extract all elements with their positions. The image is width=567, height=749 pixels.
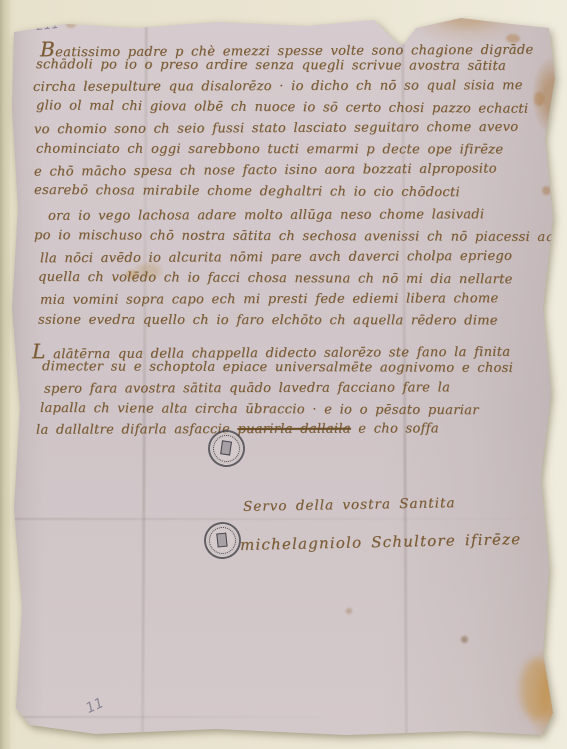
letter-line: dimecter su e schoptola epiace universal… [42, 359, 513, 376]
letter-line: glio ol mal chi giova olbē ch nuoce io s… [36, 98, 528, 116]
pencil-number-top: 211 [35, 17, 59, 33]
letter-line: spero fara avostra sātita quādo lavedra … [44, 380, 450, 396]
stain-blob-bottom-right [520, 658, 554, 720]
stain-spot [514, 14, 522, 22]
letter-line: chominciato ch oggi sarebbono tucti emar… [36, 142, 503, 158]
fold-crease-horizontal-lower [6, 716, 335, 718]
letter-line: po io mischuso chō nostra sātita ch sech… [34, 228, 555, 245]
stain-spot [534, 92, 544, 106]
letter-line: circha lesepulture qua disalorēzo · io d… [33, 78, 523, 95]
last-line-pre: la dallaltre difarla asfaccie [36, 422, 237, 438]
fold-crease-horizontal [6, 518, 555, 520]
letter-line: vo chomio sono ch seio fussi stato lasci… [34, 120, 518, 138]
strikethrough-text: puarirla dallaila [237, 422, 350, 437]
stain-spot [461, 636, 468, 643]
stain-spot [66, 20, 76, 28]
manuscript-sheet: 211 11 Beatissimo padre p chè emezzi spe… [6, 8, 555, 739]
letter-line: schādoli po io o preso ardire senza queg… [36, 57, 506, 74]
last-line-post: e cho soffa [351, 421, 439, 436]
letter-line: lla nōci avēdo io alcurita nōmi pare avc… [40, 249, 512, 266]
letter-line: ssione evedra quello ch io faro elchōto … [38, 313, 498, 329]
letter-line: quella ch volēdo ch io facci chosa nessu… [38, 270, 513, 287]
pencil-number-bottom: 11 [84, 695, 107, 717]
stain-spot [346, 608, 352, 614]
library-stamp-icon [202, 520, 243, 561]
signature-line: michelagniolo Schultore ifirēze [240, 530, 522, 554]
letter-line: mia vomini sopra capo ech mi presti fede… [40, 291, 499, 308]
letter-line: e chō mācho spesa ch nose facto isino ao… [34, 161, 497, 179]
letter-line: esarebō chosa mirabile chome deghaltri c… [34, 183, 460, 200]
letter-line: lapalla ch viene alta circha ūbraccio · … [40, 401, 479, 418]
manuscript-sheet-wrap: 211 11 Beatissimo padre p chè emezzi spe… [0, 0, 567, 749]
letter-line: ora io vego lachosa adare molto allūga n… [48, 207, 484, 224]
stain-spot [542, 186, 551, 195]
salutation-line: Servo della vostra Santita [243, 495, 456, 515]
stain-spot [408, 10, 426, 22]
